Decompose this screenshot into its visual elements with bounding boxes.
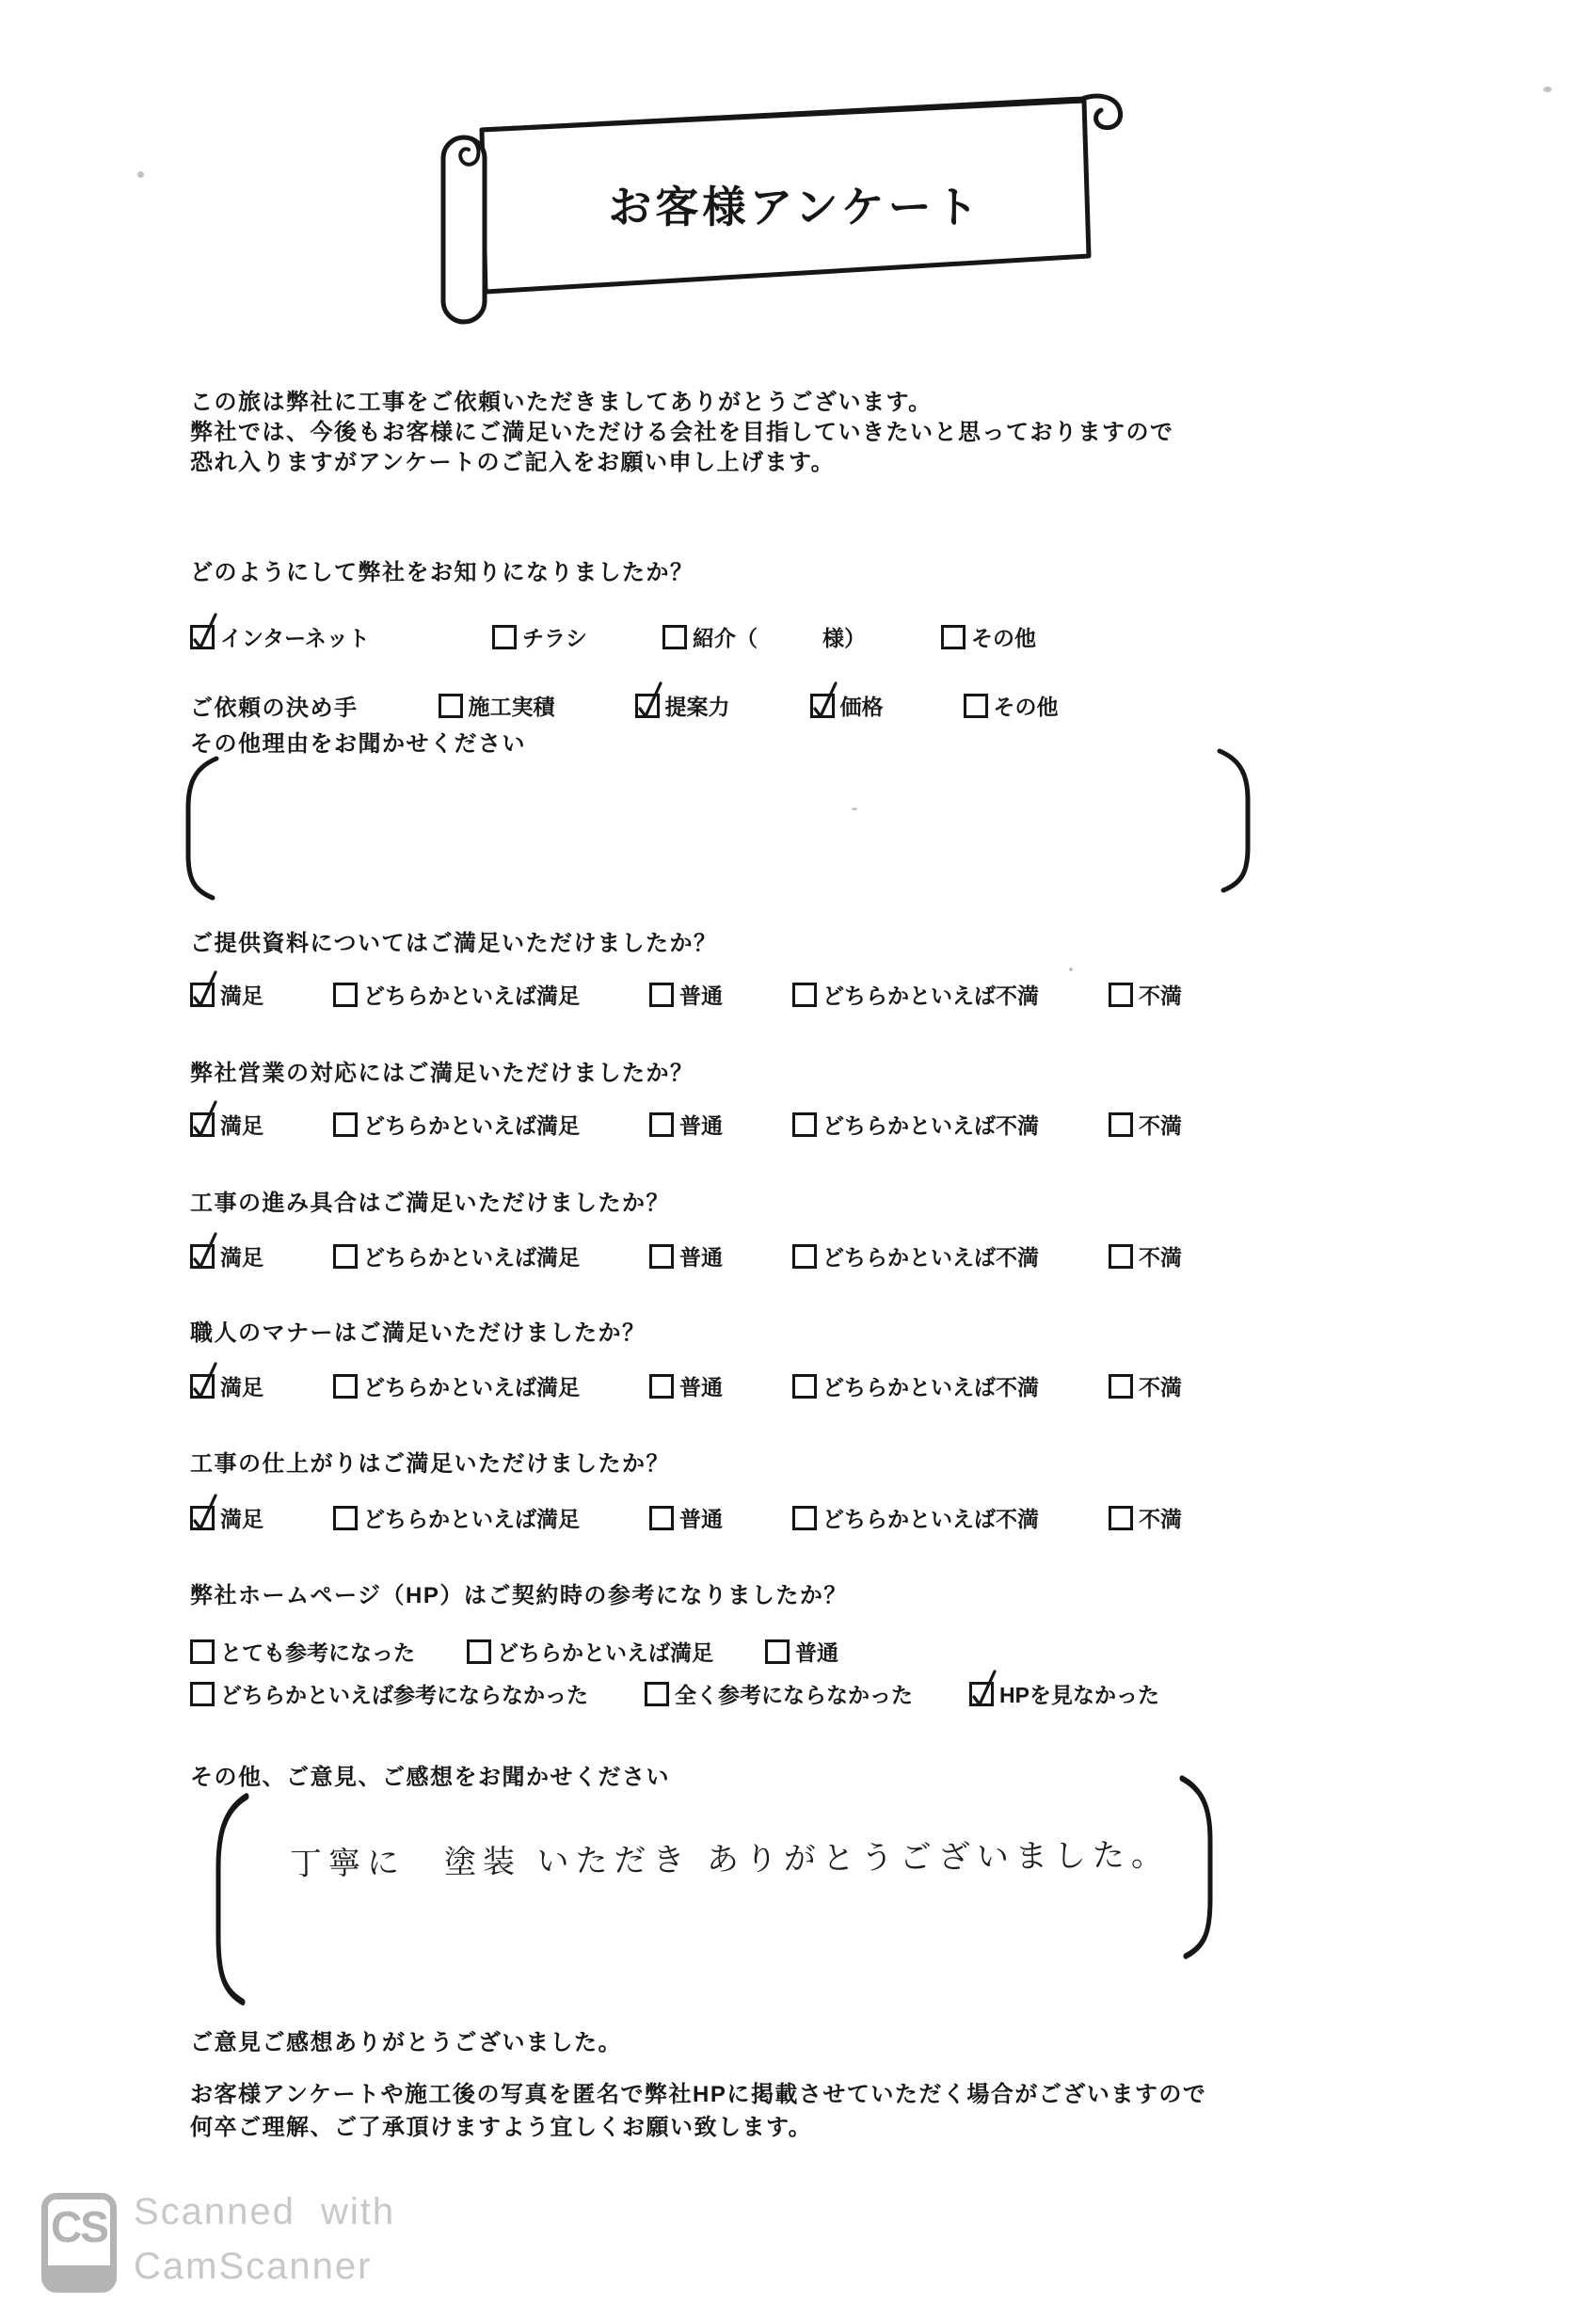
checkmark-icon <box>189 1231 219 1272</box>
checkbox-satisfied <box>190 1244 215 1269</box>
option-referral: 紹介（ 様） <box>662 621 866 652</box>
option-dissatisfied: 不満 <box>1109 1240 1182 1271</box>
option-neutral: 普通 <box>649 1240 723 1271</box>
option-neutral: 普通 <box>649 979 723 1010</box>
question-work-finish: 工事の仕上がりはご満足いただけましたか？ <box>190 1445 670 1478</box>
option-very-helpful: とても参考になった <box>190 1636 415 1667</box>
option-label: 普通 <box>679 1109 723 1140</box>
checkbox-not-helpful <box>645 1682 669 1706</box>
question-sales-response: 弊社営業の対応にはご満足いただけましたか？ <box>190 1054 694 1087</box>
checkbox-somewhat-satisfied <box>333 1112 358 1137</box>
option-label: どちらかといえば満足 <box>363 1502 580 1533</box>
option-dissatisfied: 不満 <box>1109 1370 1182 1401</box>
watermark-line-1: Scanned with <box>134 2191 395 2233</box>
option-dissatisfied: 不満 <box>1109 1502 1182 1533</box>
option-label: どちらかといえば満足 <box>363 1240 580 1271</box>
option-other-source: その他 <box>941 621 1036 652</box>
checkmark-icon <box>189 969 219 1011</box>
option-label: 不満 <box>1139 1109 1182 1140</box>
option-somewhat-satisfied: どちらかといえば満足 <box>333 1240 580 1271</box>
checkbox-dissatisfied <box>1109 1506 1133 1530</box>
option-label: 普通 <box>795 1636 838 1667</box>
question-worker-manner: 職人のマナーはご満足いただけましたか？ <box>190 1314 646 1347</box>
option-somewhat-dissatisfied: どちらかといえば不満 <box>792 979 1039 1010</box>
checkmark-icon <box>189 1493 219 1534</box>
checkbox-dissatisfied <box>1109 1112 1133 1137</box>
option-price: 価格 <box>810 690 884 721</box>
how-found-options-row: インターネット チラシ 紹介（ 様） その他 <box>190 621 1036 652</box>
option-somewhat-dissatisfied: どちらかといえば不満 <box>792 1502 1039 1533</box>
option-label: 満足 <box>220 1240 263 1271</box>
checkbox-proposal <box>635 694 660 718</box>
handwritten-comment: 丁寧に 塗装 いただき ありがとうございました。 <box>290 1829 1170 1884</box>
scan-speck <box>137 171 144 178</box>
option-satisfied: 満足 <box>190 1109 263 1140</box>
checkmark-icon <box>634 680 664 722</box>
checkbox-neutral <box>649 1374 674 1399</box>
closing-thanks: ご意見ご感想ありがとうございました。 <box>190 2023 622 2056</box>
option-neutral: 普通 <box>649 1370 723 1401</box>
intro-line-3: 恐れ入りますがアンケートのご記入をお願い申し上げます。 <box>190 448 835 478</box>
option-label: 全く参考にならなかった <box>675 1678 913 1709</box>
option-label: 紹介（ 様） <box>693 621 866 652</box>
option-label: 満足 <box>220 1502 263 1533</box>
answer-bracket-left <box>179 753 222 902</box>
option-label: とても参考になった <box>220 1636 415 1667</box>
question-how-found: どのようにして弊社をお知りになりましたか？ <box>190 553 694 586</box>
option-label: 提案力 <box>665 690 730 721</box>
option-label: どちらかといえば不満 <box>822 1370 1039 1401</box>
checkmark-icon <box>189 1361 219 1402</box>
checkbox-dissatisfied <box>1109 983 1133 1007</box>
option-flyer: チラシ <box>492 621 587 652</box>
option-label: 価格 <box>840 690 884 721</box>
watermark-line-2: CamScanner <box>134 2246 372 2288</box>
option-not-helpful: 全く参考にならなかった <box>645 1678 913 1709</box>
option-somewhat-satisfied: どちらかといえば満足 <box>333 979 580 1010</box>
option-proposal: 提案力 <box>635 690 730 721</box>
finish-options-row: 満足 どちらかといえば満足 普通 どちらかといえば不満 不満 <box>190 1502 1182 1533</box>
checkbox-somewhat-helpful <box>467 1639 491 1664</box>
option-label: どちらかといえば不満 <box>822 979 1039 1010</box>
checkbox-somewhat-dissatisfied <box>792 1244 817 1269</box>
option-label: インターネット <box>220 621 370 652</box>
closing-notice-line-1: お客様アンケートや施工後の写真を匿名で弊社HPに掲載させていただく場合がございま… <box>190 2080 1206 2110</box>
option-dissatisfied: 不満 <box>1109 979 1182 1010</box>
checkbox-other-factor <box>964 694 988 718</box>
decision-followup-label: その他理由をお聞かせください <box>190 725 526 758</box>
checkbox-satisfied <box>190 1374 215 1399</box>
camscanner-logo-base <box>48 2265 110 2286</box>
question-free-comments: その他、ご意見、ご感想をお聞かせください <box>190 1758 670 1791</box>
option-label: 普通 <box>679 1502 723 1533</box>
homepage-options-row-1: とても参考になった どちらかといえば満足 普通 <box>190 1636 838 1667</box>
checkbox-did-not-see-hp <box>969 1682 994 1706</box>
progress-options-row: 満足 どちらかといえば満足 普通 どちらかといえば不満 不満 <box>190 1240 1182 1271</box>
option-label: 不満 <box>1139 1502 1182 1533</box>
option-label: HPを見なかった <box>999 1678 1159 1709</box>
checkbox-dissatisfied <box>1109 1374 1133 1399</box>
checkbox-satisfied <box>190 1112 215 1137</box>
checkbox-somewhat-dissatisfied <box>792 1112 817 1137</box>
checkbox-price <box>810 694 835 718</box>
option-label: どちらかといえば参考にならなかった <box>220 1678 588 1709</box>
option-somewhat-dissatisfied: どちらかといえば不満 <box>792 1109 1039 1140</box>
checkbox-somewhat-dissatisfied <box>792 1506 817 1530</box>
checkbox-hp-neutral <box>765 1639 790 1664</box>
closing-notice-line-2: 何卒ご理解、ご了承頂けますよう宜しくお願い致します。 <box>190 2113 812 2143</box>
option-label: 普通 <box>679 1240 723 1271</box>
camscanner-logo-letters: CS <box>48 2201 110 2252</box>
checkbox-satisfied <box>190 983 215 1007</box>
answer-bracket-right <box>1214 745 1257 894</box>
scan-speck <box>1069 968 1073 971</box>
question-work-progress: 工事の進み具合はご満足いただけましたか？ <box>190 1184 670 1217</box>
option-somewhat-satisfied: どちらかといえば満足 <box>333 1109 580 1140</box>
option-label: 普通 <box>679 979 723 1010</box>
checkmark-icon <box>189 612 219 653</box>
checkbox-somewhat-unhelpful <box>190 1682 215 1706</box>
materials-options-row: 満足 どちらかといえば満足 普通 どちらかといえば不満 不満 <box>190 979 1182 1010</box>
checkbox-somewhat-dissatisfied <box>792 983 817 1007</box>
option-label: 満足 <box>220 979 263 1010</box>
option-label: どちらかといえば不満 <box>822 1502 1039 1533</box>
option-somewhat-dissatisfied: どちらかといえば不満 <box>792 1370 1039 1401</box>
option-label: 普通 <box>679 1370 723 1401</box>
comment-bracket-left <box>209 1788 252 2010</box>
title-banner: お客様アンケート <box>423 77 1129 333</box>
sales-options-row: 満足 どちらかといえば満足 普通 どちらかといえば不満 不満 <box>190 1109 1182 1140</box>
option-satisfied: 満足 <box>190 1240 263 1271</box>
option-track-record: 施工実積 <box>439 690 555 721</box>
option-label: チラシ <box>522 621 587 652</box>
checkmark-icon <box>809 680 839 722</box>
decision-factor-row: ご依頼の決め手 施工実積 提案力 価格 その他 <box>190 689 1059 722</box>
option-other-factor: その他 <box>964 690 1059 721</box>
option-label: 不満 <box>1139 979 1182 1010</box>
option-neutral: 普通 <box>649 1502 723 1533</box>
question-homepage: 弊社ホームページ（HP）はご契約時の参考になりましたか？ <box>190 1576 848 1609</box>
page-title: お客様アンケート <box>480 173 1110 235</box>
checkbox-dissatisfied <box>1109 1244 1133 1269</box>
option-satisfied: 満足 <box>190 979 263 1010</box>
option-did-not-see-hp: HPを見なかった <box>969 1678 1159 1709</box>
option-label: どちらかといえば満足 <box>363 1109 580 1140</box>
option-satisfied: 満足 <box>190 1502 263 1533</box>
comment-bracket-right <box>1176 1771 1220 1963</box>
checkbox-neutral <box>649 1244 674 1269</box>
checkbox-internet <box>190 625 215 649</box>
option-somewhat-satisfied: どちらかといえば満足 <box>333 1370 580 1401</box>
option-label: 不満 <box>1139 1370 1182 1401</box>
checkbox-neutral <box>649 1506 674 1530</box>
option-label: その他 <box>971 621 1036 652</box>
option-label: どちらかといえば満足 <box>497 1636 713 1667</box>
option-label: どちらかといえば不満 <box>822 1240 1039 1271</box>
checkbox-flyer <box>492 625 517 649</box>
option-label: 不満 <box>1139 1240 1182 1271</box>
intro-line-2: 弊社では、今後もお客様にご満足いただける会社を目指していきたいと思っておりますの… <box>190 418 1174 448</box>
option-label: 満足 <box>220 1370 263 1401</box>
scan-speck <box>852 808 857 810</box>
checkbox-referral <box>662 625 687 649</box>
checkbox-neutral <box>649 1112 674 1137</box>
checkbox-neutral <box>649 983 674 1007</box>
checkbox-other-source <box>941 625 966 649</box>
option-dissatisfied: 不満 <box>1109 1109 1182 1140</box>
manner-options-row: 満足 どちらかといえば満足 普通 どちらかといえば不満 不満 <box>190 1370 1182 1401</box>
option-internet: インターネット <box>190 621 370 652</box>
option-label: 施工実積 <box>469 690 555 721</box>
checkbox-very-helpful <box>190 1639 215 1664</box>
option-hp-neutral: 普通 <box>765 1636 838 1667</box>
checkmark-icon <box>189 1099 219 1141</box>
checkbox-somewhat-satisfied <box>333 983 358 1007</box>
option-satisfied: 満足 <box>190 1370 263 1401</box>
option-somewhat-dissatisfied: どちらかといえば不満 <box>792 1240 1039 1271</box>
checkbox-satisfied <box>190 1506 215 1530</box>
checkbox-track-record <box>439 694 463 718</box>
option-label: どちらかといえば満足 <box>363 1370 580 1401</box>
option-label: どちらかといえば満足 <box>363 979 580 1010</box>
option-label: 満足 <box>220 1109 263 1140</box>
checkbox-somewhat-satisfied <box>333 1244 358 1269</box>
checkbox-somewhat-satisfied <box>333 1374 358 1399</box>
option-label: その他 <box>994 690 1059 721</box>
option-neutral: 普通 <box>649 1109 723 1140</box>
camscanner-logo-icon: CS <box>41 2193 117 2293</box>
intro-line-1: この旅は弊社に工事をご依頼いただきましてありがとうございます。 <box>190 388 933 418</box>
scan-speck <box>1543 87 1552 92</box>
homepage-options-row-2: どちらかといえば参考にならなかった 全く参考にならなかった HPを見なかった <box>190 1678 1159 1709</box>
checkbox-somewhat-satisfied <box>333 1506 358 1530</box>
scanned-survey-page: お客様アンケート この旅は弊社に工事をご依頼いただきましてありがとうございます。… <box>0 0 1596 2319</box>
option-somewhat-satisfied: どちらかといえば満足 <box>333 1502 580 1533</box>
checkmark-icon <box>968 1669 998 1710</box>
option-label: どちらかといえば不満 <box>822 1109 1039 1140</box>
option-somewhat-unhelpful: どちらかといえば参考にならなかった <box>190 1678 588 1709</box>
option-somewhat-helpful: どちらかといえば満足 <box>467 1636 713 1667</box>
decision-factor-label: ご依頼の決め手 <box>190 689 359 722</box>
question-materials: ご提供資料についてはご満足いただけましたか？ <box>190 924 718 957</box>
checkbox-somewhat-dissatisfied <box>792 1374 817 1399</box>
